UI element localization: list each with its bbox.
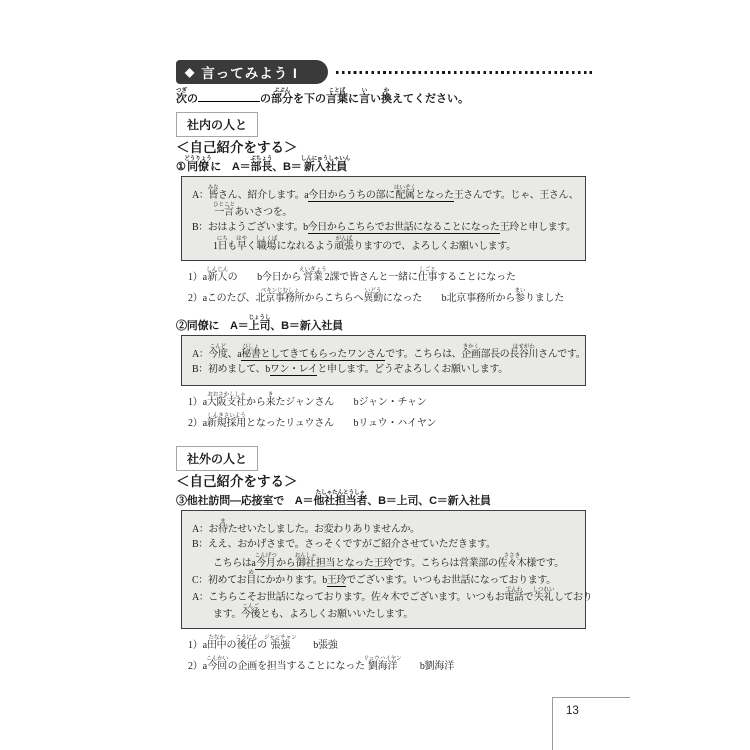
options-list: 1）a田中たなかの後任こうにんの張強ジャンチャン b張強2）a今回こんかいの企画… xyxy=(188,635,592,677)
dialog-line: B：おはようございます。b今日からこちらでお世話になることになった王玲と申します… xyxy=(192,219,575,236)
exercise-title: ①同僚どうりょうに A＝部長ぶちょう、B＝新入社員しんにゅうしゃいん xyxy=(176,156,592,176)
dialog-line: A：皆みなさん、紹介します。a今日からうちの部に配属はいぞくとなった王さんです。… xyxy=(192,185,575,202)
instruction-text: 次つぎのの部分ぶぶんを下の言葉ことばに言いい換かえてください。 xyxy=(176,88,592,108)
dialog-line: 1日にちも早はやく職場しょくばになれるよう頑張がんばりますので、よろしくお願いし… xyxy=(192,236,575,253)
lesson-header: ◆ 言ってみよう I xyxy=(176,60,592,84)
option-item: 2）a新規採用しんきさいようとなったリュウさん bリュウ・ハイヤン xyxy=(188,413,592,434)
dialog-line: A：お待またせいたしました。お変わりありませんか。 xyxy=(192,519,575,536)
dialog-box: A：皆みなさん、紹介します。a今日からうちの部に配属はいぞくとなった王さんです。… xyxy=(181,176,586,261)
page-number: 13 xyxy=(553,698,630,717)
sections-container: 社内の人と＜自己紹介をする＞①同僚どうりょうに A＝部長ぶちょう、B＝新入社員し… xyxy=(176,108,592,677)
dotted-leader xyxy=(336,71,592,74)
dialog-line: A：こちらこそお世話になっております。佐々木でございます。いつもお電話でんわで失… xyxy=(192,587,575,604)
dialog-line: 一言ひとことあいさつを。 xyxy=(192,202,575,219)
section-label-box: 社内の人と xyxy=(176,112,258,137)
header-badge: ◆ 言ってみよう I xyxy=(176,60,328,84)
option-item: 2）aこのたび、北京事務所ペキンじむしょからこちらへ異動いどうになった b北京事… xyxy=(188,288,592,309)
diamond-icon: ◆ xyxy=(185,65,194,79)
exercise-title: ②同僚に A＝上司じょうし、B＝新入社員 xyxy=(176,315,592,335)
page-number-box: 13 xyxy=(552,697,630,750)
dialog-line: C：初めてお目めにかかります。b王玲でございます。いつもお世話になっております。 xyxy=(192,570,575,587)
section-subheading: ＜自己紹介をする＞ xyxy=(176,139,592,156)
section: 社外の人と＜自己紹介をする＞③他社訪問―応接室で A＝他社担当者たしゃたんとうし… xyxy=(176,442,592,677)
exercise-title: ③他社訪問―応接室で A＝他社担当者たしゃたんとうしゃ、B＝上司、C＝新入社員 xyxy=(176,490,592,510)
dialog-line: ます。今後こんごとも、よろしくお願いいたします。 xyxy=(192,604,575,621)
blank-line xyxy=(198,91,260,102)
dialog-line: こちらはa今月こんげつから御社おんしゃ担当となった王玲です。こちらは営業部の佐々… xyxy=(192,553,575,570)
dialog-line: B：ええ、おかげさまで。さっそくですがご紹介させていただきます。 xyxy=(192,536,575,553)
dialog-line: A：今度こんど、a秘書ひしょとしてきてもらったワンさんです。こちらは、企画きかく… xyxy=(192,344,575,361)
textbook-page: ◆ 言ってみよう I 次つぎのの部分ぶぶんを下の言葉ことばに言いい換かえてくださ… xyxy=(0,0,750,750)
option-item: 1）a大阪支社おおさかししゃから来きたジャンさん bジャン・チャン xyxy=(188,392,592,413)
page-content: ◆ 言ってみよう I 次つぎのの部分ぶぶんを下の言葉ことばに言いい換かえてくださ… xyxy=(176,60,592,677)
section-label-box: 社外の人と xyxy=(176,446,258,471)
option-item: 2）a今回こんかいの企画を担当することになった劉海洋リュウハイヤン b劉海洋 xyxy=(188,656,592,677)
dialog-line: B：初めまして、bワン・レイと申します。どうぞよろしくお願いします。 xyxy=(192,361,575,378)
options-list: 1）a新人しんじんの b今日から営業えいぎょう2課で皆さんと一緒に仕事しごとする… xyxy=(188,267,592,309)
option-item: 1）a新人しんじんの b今日から営業えいぎょう2課で皆さんと一緒に仕事しごとする… xyxy=(188,267,592,288)
section: 社内の人と＜自己紹介をする＞①同僚どうりょうに A＝部長ぶちょう、B＝新入社員し… xyxy=(176,108,592,434)
section-subheading: ＜自己紹介をする＞ xyxy=(176,473,592,490)
header-badge-label: 言ってみよう I xyxy=(201,62,298,82)
dialog-box: A：今度こんど、a秘書ひしょとしてきてもらったワンさんです。こちらは、企画きかく… xyxy=(181,335,586,386)
option-item: 1）a田中たなかの後任こうにんの張強ジャンチャン b張強 xyxy=(188,635,592,656)
options-list: 1）a大阪支社おおさかししゃから来きたジャンさん bジャン・チャン2）a新規採用… xyxy=(188,392,592,434)
dialog-box: A：お待またせいたしました。お変わりありませんか。B：ええ、おかげさまで。さっそ… xyxy=(181,510,586,629)
